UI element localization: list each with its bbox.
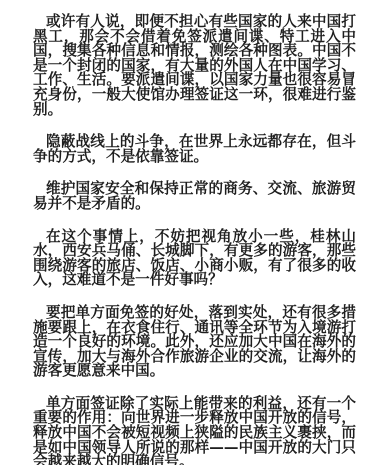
article-paragraph-6: 单方面签证除了实际上能带来的利益，还有一个重要的作用：向世界进一步释放中国开放的… <box>33 397 356 465</box>
article-paragraph-3: 维护国家安全和保持正常的商务、交流、旅游贸易并不是矛盾的。 <box>33 182 356 211</box>
article-paragraph-4: 在这个事情上，不妨把视角放小一些，桂林山水，西安兵马俑、长城脚下，有更多的游客，… <box>33 230 356 288</box>
article-paragraph-5: 要把单方面免签的好处，落到实处，还有很多措施要跟上，在衣食住行、通讯等全环节为入… <box>33 306 356 379</box>
article-page: 或许有人说，即便不担心有些国家的人来中国打黑工，那会不会借着免签派遣间谍、特工进… <box>0 0 389 465</box>
article-paragraph-2: 隐蔽战线上的斗争，在世界上永远都存在，但斗争的方式，不是依靠签证。 <box>33 135 356 164</box>
article-paragraph-1: 或许有人说，即便不担心有些国家的人来中国打黑工，那会不会借着免签派遣间谍、特工进… <box>33 15 356 117</box>
